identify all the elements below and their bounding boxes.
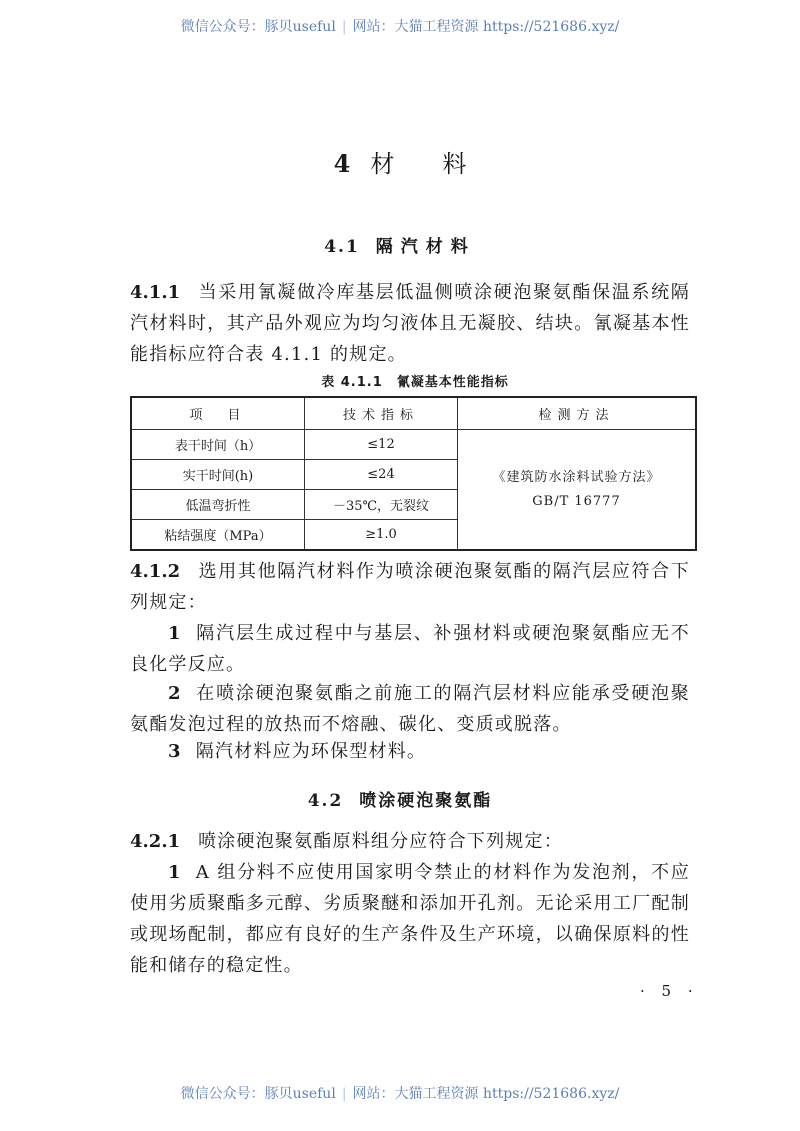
watermark-footer: 微信公众号：豚贝useful|网站：大猫工程资源 https://521686.… bbox=[0, 1083, 800, 1103]
cell-spec: ≥1.0 bbox=[305, 520, 458, 551]
cell-spec: ≤24 bbox=[305, 460, 458, 490]
separator: | bbox=[342, 1086, 347, 1102]
wechat-label: 微信公众号：豚贝useful bbox=[181, 19, 336, 35]
section-heading-4-2: 4.2喷涂硬泡聚氨酯 bbox=[0, 786, 800, 811]
clause-item: 1A 组分料不应使用国家明令禁止的材料作为发泡剂，不应使用劣质聚酯多元醇、劣质聚… bbox=[130, 857, 690, 981]
clause-text: 喷涂硬泡聚氨酯原料组分应符合下列规定： bbox=[198, 831, 563, 852]
clause-text: 当采用氰凝做冷库基层低温侧喷涂硬泡聚氨酯保温系统隔汽材料时，其产品外观应为均匀液… bbox=[130, 282, 690, 365]
cell-item: 粘结强度（MPa） bbox=[131, 520, 305, 551]
clause-number: 4.1.1 bbox=[130, 282, 180, 303]
section-number: 4.1 bbox=[324, 237, 360, 257]
table-number: 表 4.1.1 bbox=[321, 375, 383, 390]
item-text: 在喷涂硬泡聚氨酯之前施工的隔汽层材料应能承受硬泡聚氨酯发泡过程的放热而不熔融、碳… bbox=[130, 683, 690, 735]
item-text: A 组分料不应使用国家明令禁止的材料作为发泡剂，不应使用劣质聚酯多元醇、劣质聚醚… bbox=[130, 862, 690, 976]
separator: | bbox=[342, 19, 347, 35]
header-method: 检测方法 bbox=[458, 397, 697, 430]
clause-4-1-2: 4.1.2选用其他隔汽材料作为喷涂硬泡聚氨酯的隔汽层应符合下列规定： bbox=[130, 556, 690, 618]
clause-item: 1隔汽层生成过程中与基层、补强材料或硬泡聚氨酯应无不良化学反应。 bbox=[130, 618, 690, 680]
spec-table: 项 目 技术指标 检测方法 表干时间（h） ≤12 《建筑防水涂料试验方法》 G… bbox=[130, 396, 697, 551]
chapter-title-part2: 料 bbox=[442, 150, 466, 178]
clause-text: 选用其他隔汽材料作为喷涂硬泡聚氨酯的隔汽层应符合下列规定： bbox=[130, 561, 690, 613]
cell-item: 实干时间(h) bbox=[131, 460, 305, 490]
item-number: 3 bbox=[168, 741, 182, 762]
method-standard-name: 《建筑防水涂料试验方法》 bbox=[458, 466, 695, 490]
cell-spec: －35℃，无裂纹 bbox=[305, 490, 458, 520]
item-text: 隔汽层生成过程中与基层、补强材料或硬泡聚氨酯应无不良化学反应。 bbox=[130, 623, 690, 675]
cell-method: 《建筑防水涂料试验方法》 GB/T 16777 bbox=[458, 430, 697, 551]
site-label: 网站：大猫工程资源 https://521686.xyz/ bbox=[353, 1086, 620, 1102]
clause-item: 3隔汽材料应为环保型材料。 bbox=[130, 736, 690, 767]
item-number: 2 bbox=[168, 683, 182, 704]
header-spec: 技术指标 bbox=[305, 397, 458, 430]
cell-spec: ≤12 bbox=[305, 430, 458, 460]
method-standard-code: GB/T 16777 bbox=[458, 490, 695, 514]
section-number: 4.2 bbox=[308, 791, 344, 811]
watermark-header: 微信公众号：豚贝useful|网站：大猫工程资源 https://521686.… bbox=[0, 16, 800, 36]
section-title: 隔汽材料 bbox=[376, 237, 476, 257]
section-heading-4-1: 4.1隔汽材料 bbox=[0, 232, 800, 257]
table-caption: 表 4.1.1氰凝基本性能指标 bbox=[0, 371, 800, 390]
clause-number: 4.1.2 bbox=[130, 561, 180, 582]
clause-number: 4.2.1 bbox=[130, 831, 180, 852]
cell-item: 表干时间（h） bbox=[131, 430, 305, 460]
header-item: 项 目 bbox=[131, 397, 305, 430]
item-number: 1 bbox=[168, 623, 182, 644]
cell-item: 低温弯折性 bbox=[131, 490, 305, 520]
page-number: · 5 · bbox=[640, 982, 699, 1000]
chapter-title-part1: 材 bbox=[370, 150, 394, 178]
clause-4-1-1: 4.1.1当采用氰凝做冷库基层低温侧喷涂硬泡聚氨酯保温系统隔汽材料时，其产品外观… bbox=[130, 277, 690, 370]
site-label: 网站：大猫工程资源 https://521686.xyz/ bbox=[353, 19, 620, 35]
wechat-label: 微信公众号：豚贝useful bbox=[181, 1086, 336, 1102]
table-title: 氰凝基本性能指标 bbox=[397, 375, 509, 390]
chapter-number: 4 bbox=[334, 149, 351, 178]
clause-item: 2在喷涂硬泡聚氨酯之前施工的隔汽层材料应能承受硬泡聚氨酯发泡过程的放热而不熔融、… bbox=[130, 678, 690, 740]
chapter-title: 4材料 bbox=[0, 144, 800, 179]
table-row: 表干时间（h） ≤12 《建筑防水涂料试验方法》 GB/T 16777 bbox=[131, 430, 696, 460]
clause-4-2-1: 4.2.1喷涂硬泡聚氨酯原料组分应符合下列规定： bbox=[130, 826, 690, 857]
section-title: 喷涂硬泡聚氨酯 bbox=[359, 791, 492, 811]
item-text: 隔汽材料应为环保型材料。 bbox=[196, 741, 426, 762]
item-number: 1 bbox=[168, 862, 182, 883]
table-header-row: 项 目 技术指标 检测方法 bbox=[131, 397, 696, 430]
